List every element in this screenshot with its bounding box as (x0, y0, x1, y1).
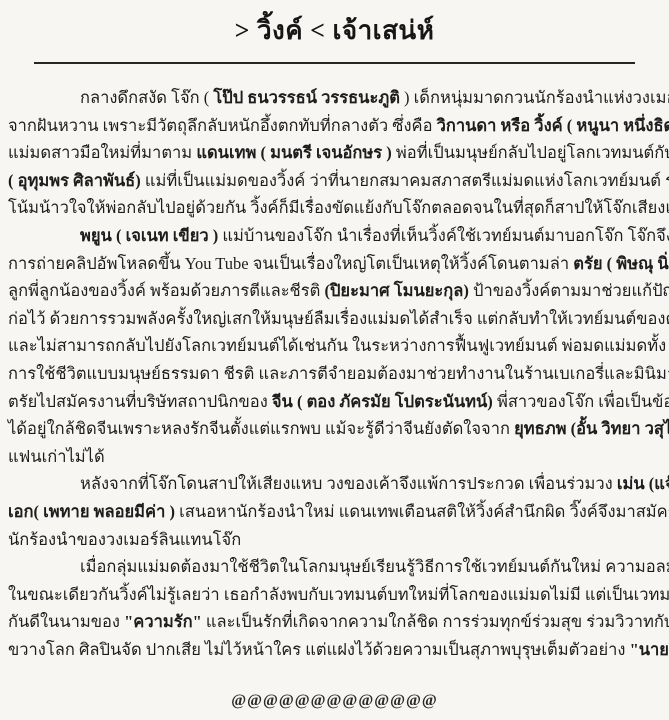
text-run: ยุทธภพ (อั้น วิทยา วสุไกรไพศาล) (514, 419, 669, 438)
text-run: ในขณะเดียวกันวิ้งค์ไม่รู้เลยว่า เธอกำลัง… (8, 585, 669, 604)
footer-decoration: @@@@@@@@@@@@@ (0, 692, 669, 710)
text-run: ตรัย ( พิษณุ นิ่มสกุล) (573, 254, 669, 273)
text-run: แม่บ้านของโจ๊ก นำเรื่องที่เห็นวิ้งค์ใช้เ… (218, 226, 669, 245)
text-run: ขวางโลก ศิลปินจัด ปากเสีย ไม่ไว้หน้าใคร … (8, 640, 630, 659)
text-line: จากฝันหวาน เพราะมีวัตถุลึกลับหนักอึ้งตกท… (8, 112, 661, 140)
text-run: โน้มน้าวใจให้พ่อกลับไปอยู่ด้วยกัน วิ้งค์… (8, 198, 669, 217)
text-run: แฟนเก่าไม่ได้ (8, 447, 105, 466)
text-line: เอก( เพทาย พลอยมีค่า ) เสนอหานักร้องนำให… (8, 498, 661, 526)
text-run: เม่น (แจ๊ค เชิญยิ้ม) (617, 474, 669, 493)
text-line: พยูน ( เจเนท เขียว ) แม่บ้านของโจ๊ก นำเร… (8, 222, 661, 250)
text-line: นักร้องนำของวงเมอร์ลินแทนโจ๊ก (8, 526, 661, 554)
text-run: ลูกพี่ลูกน้องของวิ้งค์ พร้อมด้วยภารตีและ… (8, 281, 324, 300)
text-run: กลางดึกสงัด โจ๊ก ( (80, 88, 213, 107)
text-line: ตรัยไปสมัครงานที่บริษัทสถาปนิกของ จีน ( … (8, 388, 661, 416)
text-run: พ่อที่เป็นมนุษย์กลับไปอยู่โลกเวทมนต์กับ (392, 143, 669, 162)
text-run: เมื่อกลุ่มแม่มดต้องมาใช้ชีวิตในโลกมนุษย์… (80, 557, 669, 576)
text-line: โน้มน้าวใจให้พ่อกลับไปอยู่ด้วยกัน วิ้งค์… (8, 194, 661, 222)
text-line: ในขณะเดียวกันวิ้งค์ไม่รู้เลยว่า เธอกำลัง… (8, 581, 661, 609)
document-body: กลางดึกสงัด โจ๊ก ( โป๊ป ธนวรรธน์ วรรธนะภ… (8, 84, 661, 663)
text-line: กลางดึกสงัด โจ๊ก ( โป๊ป ธนวรรธน์ วรรธนะภ… (8, 84, 661, 112)
text-line: แฟนเก่าไม่ได้ (8, 443, 661, 471)
text-run: จีน ( ตอง ภัครมัย โปตระนันทน์) (272, 392, 493, 411)
text-run: ( อุทุมพร ศิลาพันธ์) (8, 171, 141, 190)
text-line: กันดีในนามของ "ความรัก" และเป็นรักที่เกิ… (8, 608, 661, 636)
page-title: > วิ้งค์ < เจ้าเสน่ห์ (0, 10, 669, 51)
text-run: (ปิยะมาศ โมนยะกุล) (324, 281, 468, 300)
text-run: เอก( เพทาย พลอยมีค่า ) (8, 502, 175, 521)
text-line: เมื่อกลุ่มแม่มดต้องมาใช้ชีวิตในโลกมนุษย์… (8, 553, 661, 581)
text-line: ( อุทุมพร ศิลาพันธ์) แม่ที่เป็นแม่มดของว… (8, 167, 661, 195)
text-run: แม่มดสาวมือใหม่ที่มาตาม (8, 143, 196, 162)
text-line: หลังจากที่โจ๊กโดนสาปให้เสียงแหบ วงของเค้… (8, 470, 661, 498)
text-run: "ความรัก" (124, 612, 202, 631)
text-run: การถ่ายคลิปอัพโหลดขึ้น You Tube จนเป็นเร… (8, 254, 573, 273)
text-run: และเป็นรักที่เกิดจากความใกล้ชิด การร่วมท… (202, 612, 669, 631)
text-line: และไม่สามารถกลับไปยังโลกเวทย์มนต์ได้เช่น… (8, 332, 661, 360)
text-run: การใช้ชีวิตแบบมนุษย์ธรรมดา ชีรติ และภารต… (8, 364, 669, 383)
text-run: กันดีในนามของ (8, 612, 124, 631)
text-line: ก่อไว้ ด้วยการรวมพลังครั้งใหญ่เสกให้มนุษ… (8, 305, 661, 333)
text-line: การใช้ชีวิตแบบมนุษย์ธรรมดา ชีรติ และภารต… (8, 360, 661, 388)
text-run: จากฝันหวาน เพราะมีวัตถุลึกลับหนักอึ้งตกท… (8, 116, 437, 135)
text-line: ขวางโลก ศิลปินจัด ปากเสีย ไม่ไว้หน้าใคร … (8, 636, 661, 664)
text-line: ลูกพี่ลูกน้องของวิ้งค์ พร้อมด้วยภารตีและ… (8, 277, 661, 305)
title-divider (34, 62, 635, 64)
text-run: แม่ที่เป็นแม่มดของวิ้งค์ ว่าที่นายกสมาคม… (141, 171, 669, 190)
text-run: ป้าของวิ้งค์ตามมาช่วยแก้ปัญหาที่วิ้งค์ (469, 281, 669, 300)
text-run: นักร้องนำของวงเมอร์ลินแทนโจ๊ก (8, 530, 241, 549)
text-run: แดนเทพ ( มนตรี เจนอักษร ) (196, 143, 391, 162)
text-run: พี่สาวของโจ๊ก เพื่อเป็นข้ออ้างในการ (493, 392, 669, 411)
text-run: "นายโจ๊ก" (630, 640, 669, 659)
text-run: ) เด็กหนุ่มมาดกวนนักร้องนำแห่งวงเมอร์ลิน… (400, 88, 669, 107)
text-run: เสนอหานักร้องนำใหม่ แดนเทพเตือนสติให้วิ้… (175, 502, 669, 521)
text-run: และไม่สามารถกลับไปยังโลกเวทย์มนต์ได้เช่น… (8, 336, 669, 355)
text-line: ได้อยู่ใกล้ชิดจีนเพราะหลงรักจีนตั้งแต่แร… (8, 415, 661, 443)
text-run: ก่อไว้ ด้วยการรวมพลังครั้งใหญ่เสกให้มนุษ… (8, 309, 669, 328)
text-run: พยูน ( เจเนท เขียว ) (80, 226, 218, 245)
text-run: โป๊ป ธนวรรธน์ วรรธนะภูติ (213, 88, 400, 107)
text-run: วิกานดา หรือ วิ้งค์ ( หนูนา หนึ่งธิดา โส… (437, 116, 669, 135)
text-run: ได้อยู่ใกล้ชิดจีนเพราะหลงรักจีนตั้งแต่แร… (8, 419, 514, 438)
text-run: หลังจากที่โจ๊กโดนสาปให้เสียงแหบ วงของเค้… (80, 474, 617, 493)
text-line: แม่มดสาวมือใหม่ที่มาตาม แดนเทพ ( มนตรี เ… (8, 139, 661, 167)
text-line: การถ่ายคลิปอัพโหลดขึ้น You Tube จนเป็นเร… (8, 250, 661, 278)
text-run: ตรัยไปสมัครงานที่บริษัทสถาปนิกของ (8, 392, 272, 411)
